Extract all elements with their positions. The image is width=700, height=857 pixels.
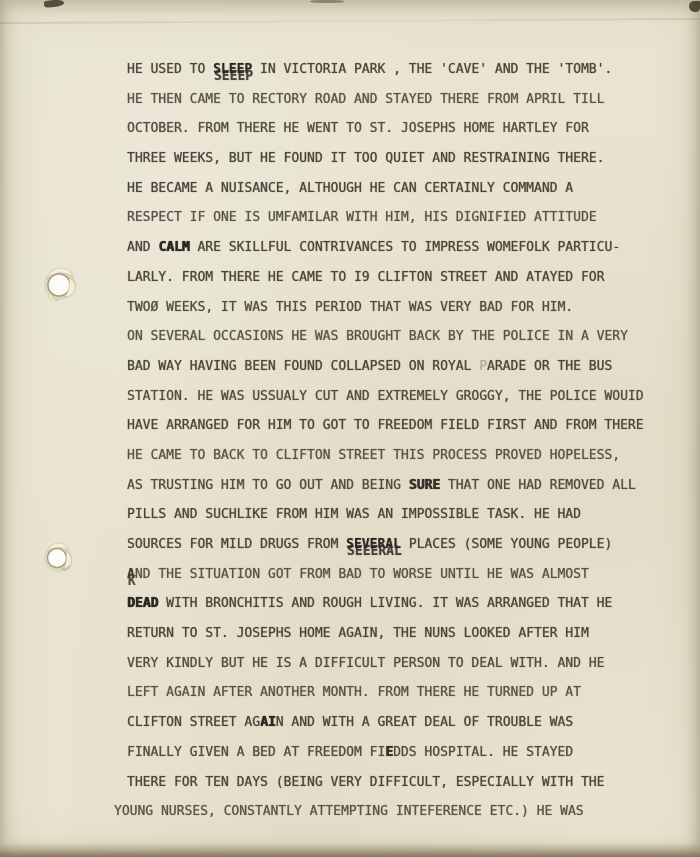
text-line: SOURCES FOR MILD DRUGS FROM SEVERAL PLAC…: [127, 530, 672, 560]
text-line: AND CALM ARE SKILLFUL CONTRIVANCES TO IM…: [127, 233, 672, 263]
text-line: LEFT AGAIN AFTER ANOTHER MONTH. FROM THE…: [127, 678, 672, 708]
paper-speck: [310, 0, 344, 3]
text-line: RETURN TO ST. JOSEPHS HOME AGAIN, THE NU…: [127, 619, 672, 649]
text-line: FINALLY GIVEN A BED AT FREEDOM FIEDDS HO…: [127, 738, 672, 768]
text-line: OCTOBER. FROM THERE HE WENT TO ST. JOSEP…: [127, 114, 672, 144]
text-line: BAD WAY HAVING BEEN FOUND COLLAPSED ON R…: [127, 352, 672, 382]
text-line: VERY KINDLY BUT HE IS A DIFFICULT PERSON…: [127, 649, 672, 679]
text-line: AS TRUSTING HIM TO GO OUT AND BEING SURE…: [127, 471, 672, 501]
text-line: LARLY. FROM THERE HE CAME TO I9 CLIFTON …: [127, 263, 672, 293]
paper-crease: [0, 18, 700, 24]
typewritten-text: HE USED TO SLEEP IN VICTORIA PARK , THE …: [127, 55, 672, 827]
paper-speck: [44, 0, 65, 8]
text-line: AND THE SITUATION GOT FROM BAD TO WORSE …: [127, 560, 672, 590]
text-line: HE BECAME A NUISANCE, ALTHOUGH HE CAN CE…: [127, 174, 672, 204]
text-line: TWOØ WEEKS, IT WAS THIS PERIOD THAT WAS …: [127, 293, 672, 323]
text-line: CLIFTON STREET AGAIN AND WITH A GREAT DE…: [127, 708, 672, 738]
text-line: ON SEVERAL OCCASIONS HE WAS BROUGHT BACK…: [127, 322, 672, 352]
text-line: THREE WEEKS, BUT HE FOUND IT TOO QUIET A…: [127, 144, 672, 174]
punch-hole: [40, 538, 80, 580]
text-line: HE CAME TO BACK TO CLIFTON STREET THIS P…: [127, 441, 672, 471]
document-page: HE USED TO SLEEP IN VICTORIA PARK , THE …: [0, 0, 700, 857]
text-line: HE USED TO SLEEP IN VICTORIA PARK , THE …: [127, 55, 672, 85]
text-line: PILLS AND SUCHLIKE FROM HIM WAS AN IMPOS…: [127, 500, 672, 530]
text-line: YOUNG NURSES, CONSTANTLY ATTEMPTING INTE…: [114, 797, 672, 827]
paper-speck: [689, 1, 700, 12]
text-line: THERE FOR TEN DAYS (BEING VERY DIFFICULT…: [127, 768, 672, 798]
text-line: RESPECT IF ONE IS UMFAMILAR WITH HIM, HI…: [127, 203, 672, 233]
text-line: DEAD WITH BRONCHITIS AND ROUGH LIVING. I…: [127, 589, 672, 619]
text-line: HE THEN CAME TO RECTORY ROAD AND STAYED …: [127, 85, 672, 115]
punch-hole: [38, 262, 84, 308]
text-line: STATION. HE WAS USSUALY CUT AND EXTREMEL…: [127, 382, 672, 412]
text-line: HAVE ARRANGED FOR HIM TO GOT TO FREEDOM …: [127, 411, 672, 441]
